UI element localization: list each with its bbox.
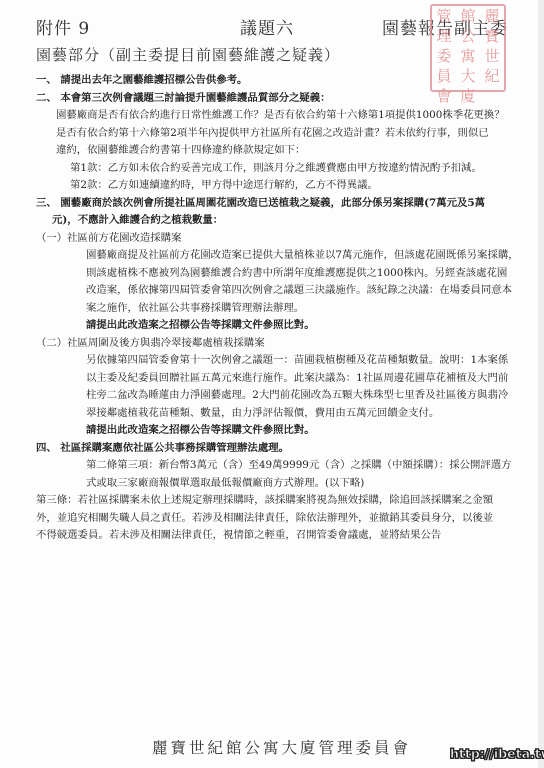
document-line: 第二條第三項：新台幣3萬元（含）至49萬9999元（含）之採購（中額採購）：採公…	[36, 457, 511, 475]
document-line: 不得競選委員。若未涉及相關法律責任，視情節之輕重，召開管委會議處，並將結果公告	[36, 527, 511, 545]
agenda-label: 議題六	[240, 14, 294, 39]
document-page: 附件 9 議題六 園藝報告副主委 管館麗理公寶委寓世員大紀會廈 園藝部分（副主委…	[0, 0, 544, 768]
seal-character: 寶	[480, 26, 504, 46]
document-line: （一）社區前方花園改造採購案	[36, 230, 511, 248]
document-line: 園藝廠商是否有依合約進行日常性維護工作？是否有依合約第十六條第1項提供1000株…	[36, 107, 511, 125]
document-line: 四、 社區採購案應依社區公共事務採購管理辦法處理。	[36, 440, 511, 458]
section-subtitle: 園藝部分（副主委提目前園藝維護之疑義）	[36, 44, 340, 65]
scan-edge	[538, 0, 544, 768]
document-line: 二、 本會第三次例會議題三討論提升園藝維護品質部分之疑義：	[36, 90, 511, 108]
document-line: 另依據第四屆管委會第十一次例會之議題一：苗圃栽植樹種及花苗種類數量。說明：1本案…	[36, 352, 511, 370]
organization-signature: 麗寶世紀館公寓大廈管理委員會	[152, 736, 411, 758]
document-line: 三、 園藝廠商於該次例會所提社區周圍花園改造已送植栽之疑義，此部分係另案採購(7…	[36, 195, 511, 213]
document-line: 第2款：乙方如連續違約時，甲方得中途逕行解約，乙方不得異議。	[36, 177, 511, 195]
document-line: 外，並追究相關失職人員之責任。若涉及相關法律責任，除依法辦理外，並撤銷其委員身分…	[36, 510, 511, 528]
document-line: 案之施作，依社區公共事務採購管理辦法辦理。	[36, 300, 511, 318]
watermark: http://ibeta.tw	[450, 746, 544, 761]
document-line: 請提出此改造案之招標公告等採購文件參照比對。	[36, 317, 511, 335]
document-line: （二）社區周圍及後方與翡冷翠接鄰處植栽採購案	[36, 335, 511, 353]
seal-character: 公	[456, 26, 480, 46]
seal-character: 世	[480, 46, 504, 66]
document-line: 園藝廠商提及社區前方花園改造案已提供大量植株並以7萬元施作，但該處花園既係另案採…	[36, 247, 511, 265]
seal-character: 寓	[456, 46, 480, 66]
document-line: 改造案，係依據第四屆管委會第四次例會之議題三決議施作。該紀錄之決議：在場委員同意…	[36, 282, 511, 300]
seal-character: 麗	[480, 6, 504, 26]
seal-character: 委	[432, 46, 456, 66]
document-line: 以主委及紀委員回贈社區五萬元來進行施作。此案決議為：1社區周邊花圃草花補植及大門…	[36, 370, 511, 388]
document-line: 違約，依園藝維護合約書第十四條違約條款規定如下：	[36, 142, 511, 160]
seal-character: 理	[432, 26, 456, 46]
document-line: 請提出此改造案之招標公告等採購文件參照比對。	[36, 422, 511, 440]
document-line: 則該處植株不應被列為園藝維護合約書中所謂年度維護應提供之1000株內。另經查該處…	[36, 265, 511, 283]
document-line: 一、 請提出去年之園藝維護招標公告供參考。	[36, 72, 511, 90]
document-line: 元)，不應計入維護合約之植栽數量：	[36, 212, 511, 230]
document-line: 是否有依合約第十六條第2項半年內提供甲方社區所有花園之改造計畫？若未依約行事，則…	[36, 125, 511, 143]
document-line: 第1款：乙方如未依合約妥善完成工作，則該月分之維護費應由甲方按違約情況酌予扣減。	[36, 160, 511, 178]
attachment-label: 附件 9	[36, 14, 90, 39]
document-line: 翠接鄰處植栽花苗種類、數量，由力淨評估報價，費用由五萬元回饋金支付。	[36, 405, 511, 423]
seal-character: 館	[456, 6, 480, 26]
document-body: 一、 請提出去年之園藝維護招標公告供參考。二、 本會第三次例會議題三討論提升園藝…	[36, 72, 511, 545]
seal-character: 管	[432, 6, 456, 26]
document-line: 柱旁二盆改為睡蓮由力淨園藝處理。2大門前花園改為五顆大株珠型七里香及社區後方與翡…	[36, 387, 511, 405]
document-line: 第三條：若社區採購案未依上述規定辦理採購時，該採購案將視為無效採購，除追回該採購…	[36, 492, 511, 510]
document-line: 式或取三家廠商報價單選取最低報價廠商方式辦理。(以下略)	[36, 475, 511, 493]
